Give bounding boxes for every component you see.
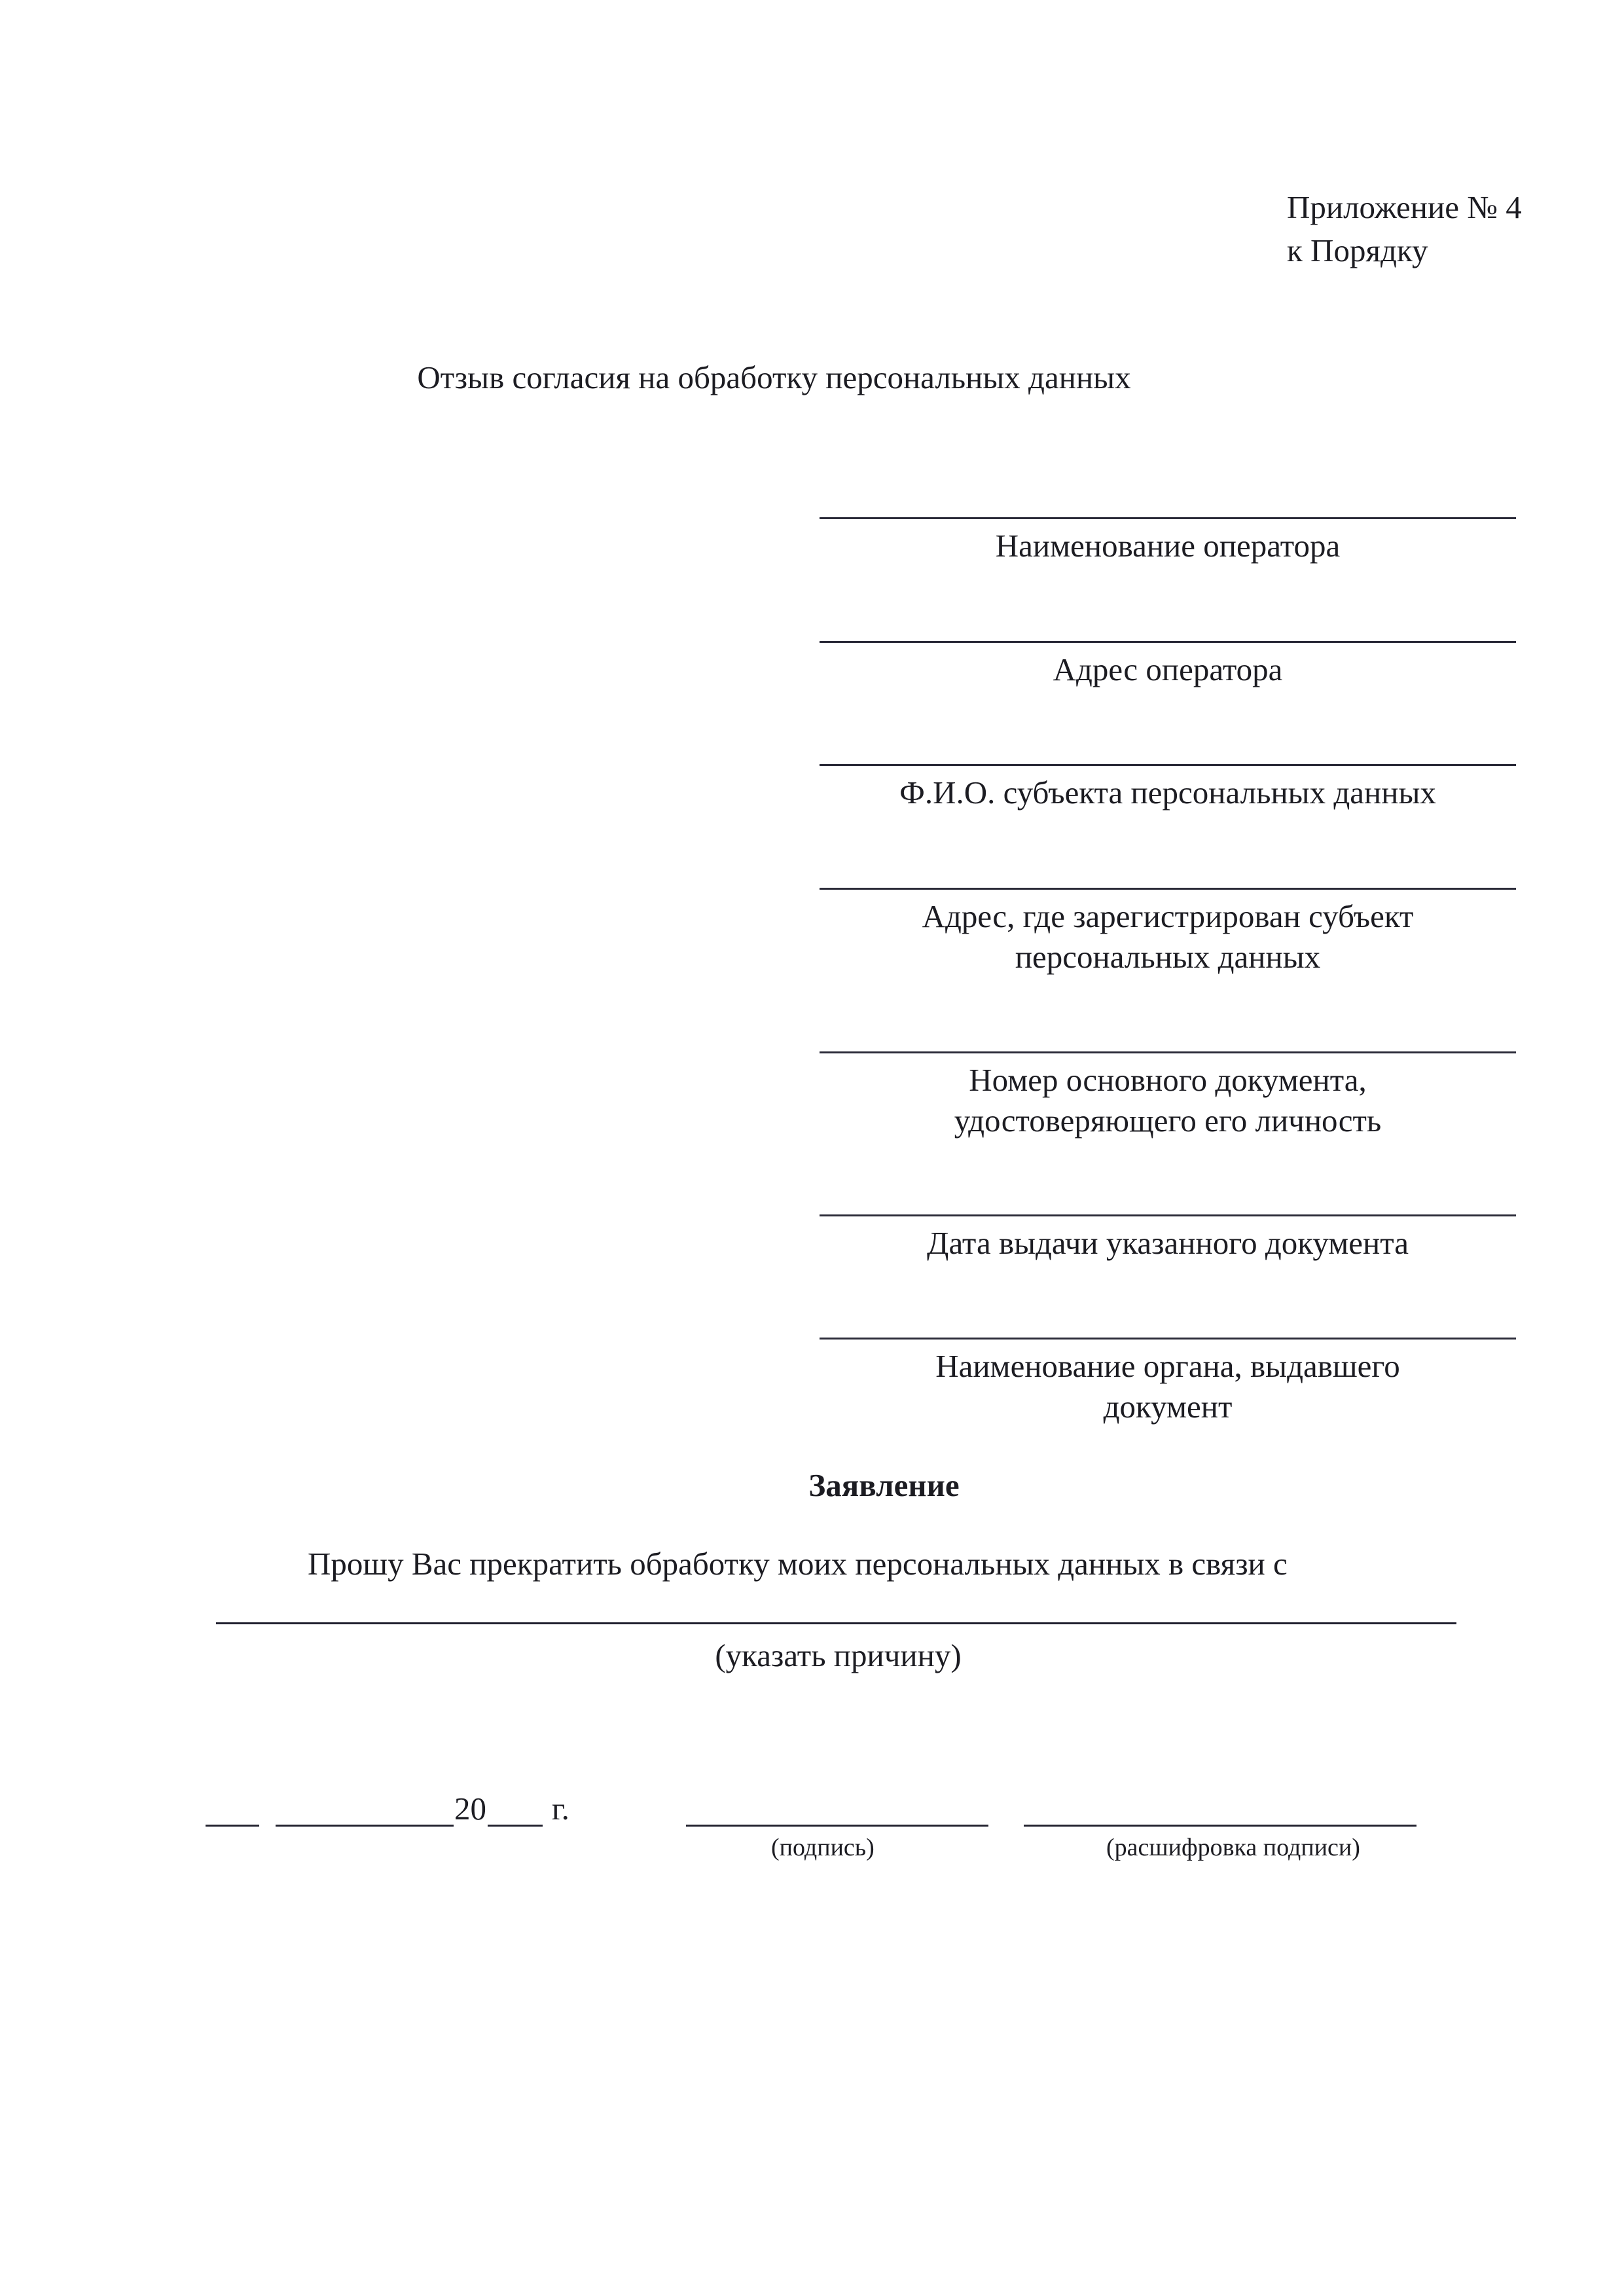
signature-hint: (подпись) (771, 1833, 875, 1862)
field-label: Адрес, где зарегистрирован субъект персо… (820, 896, 1516, 977)
field-label: Наименование органа, выдавшего документ (820, 1346, 1516, 1427)
field-label: Номер основного документа, удостоверяюще… (820, 1060, 1516, 1141)
field-label: Адрес оператора (820, 649, 1516, 690)
reason-input-line[interactable] (216, 1622, 1456, 1624)
field-issuing-authority[interactable]: Наименование органа, выдавшего документ (820, 1338, 1516, 1427)
appendix-order-ref: к Порядку (1287, 229, 1522, 272)
signature-decoding-hint: (расшифровка подписи) (1106, 1833, 1360, 1862)
statement-request-text: Прошу Вас прекратить обработку моих перс… (308, 1545, 1288, 1582)
statement-heading: Заявление (72, 1467, 1624, 1504)
field-subject-registration-address[interactable]: Адрес, где зарегистрирован субъект персо… (820, 888, 1516, 977)
field-blank-line[interactable] (820, 1338, 1516, 1339)
reason-hint: (указать причину) (26, 1637, 1624, 1674)
field-blank-line[interactable] (820, 1051, 1516, 1053)
appendix-reference: Приложение № 4 к Порядку (1287, 186, 1522, 272)
field-id-document-number[interactable]: Номер основного документа, удостоверяюще… (820, 1051, 1516, 1141)
date-month-blank[interactable] (276, 1825, 454, 1827)
field-label: Наименование оператора (820, 526, 1516, 566)
date-year-suffix: г. (552, 1790, 569, 1827)
field-blank-line[interactable] (820, 888, 1516, 890)
date-year-blank[interactable] (488, 1825, 543, 1827)
field-label: Дата выдачи указанного документа (820, 1223, 1516, 1264)
date-century: 20 (454, 1790, 486, 1827)
field-blank-line[interactable] (820, 764, 1516, 766)
field-blank-line[interactable] (820, 641, 1516, 643)
appendix-number: Приложение № 4 (1287, 186, 1522, 229)
signature-decoding-line[interactable] (1024, 1825, 1416, 1827)
field-operator-name[interactable]: Наименование оператора (820, 517, 1516, 566)
date-day-blank[interactable] (206, 1825, 259, 1827)
field-blank-line[interactable] (820, 517, 1516, 519)
field-subject-full-name[interactable]: Ф.И.О. субъекта персональных данных (820, 764, 1516, 813)
field-id-issue-date[interactable]: Дата выдачи указанного документа (820, 1214, 1516, 1264)
field-label: Ф.И.О. субъекта персональных данных (820, 773, 1516, 813)
document-title: Отзыв согласия на обработку персональных… (0, 359, 1586, 396)
field-blank-line[interactable] (820, 1214, 1516, 1216)
signature-line[interactable] (686, 1825, 988, 1827)
field-operator-address[interactable]: Адрес оператора (820, 641, 1516, 690)
